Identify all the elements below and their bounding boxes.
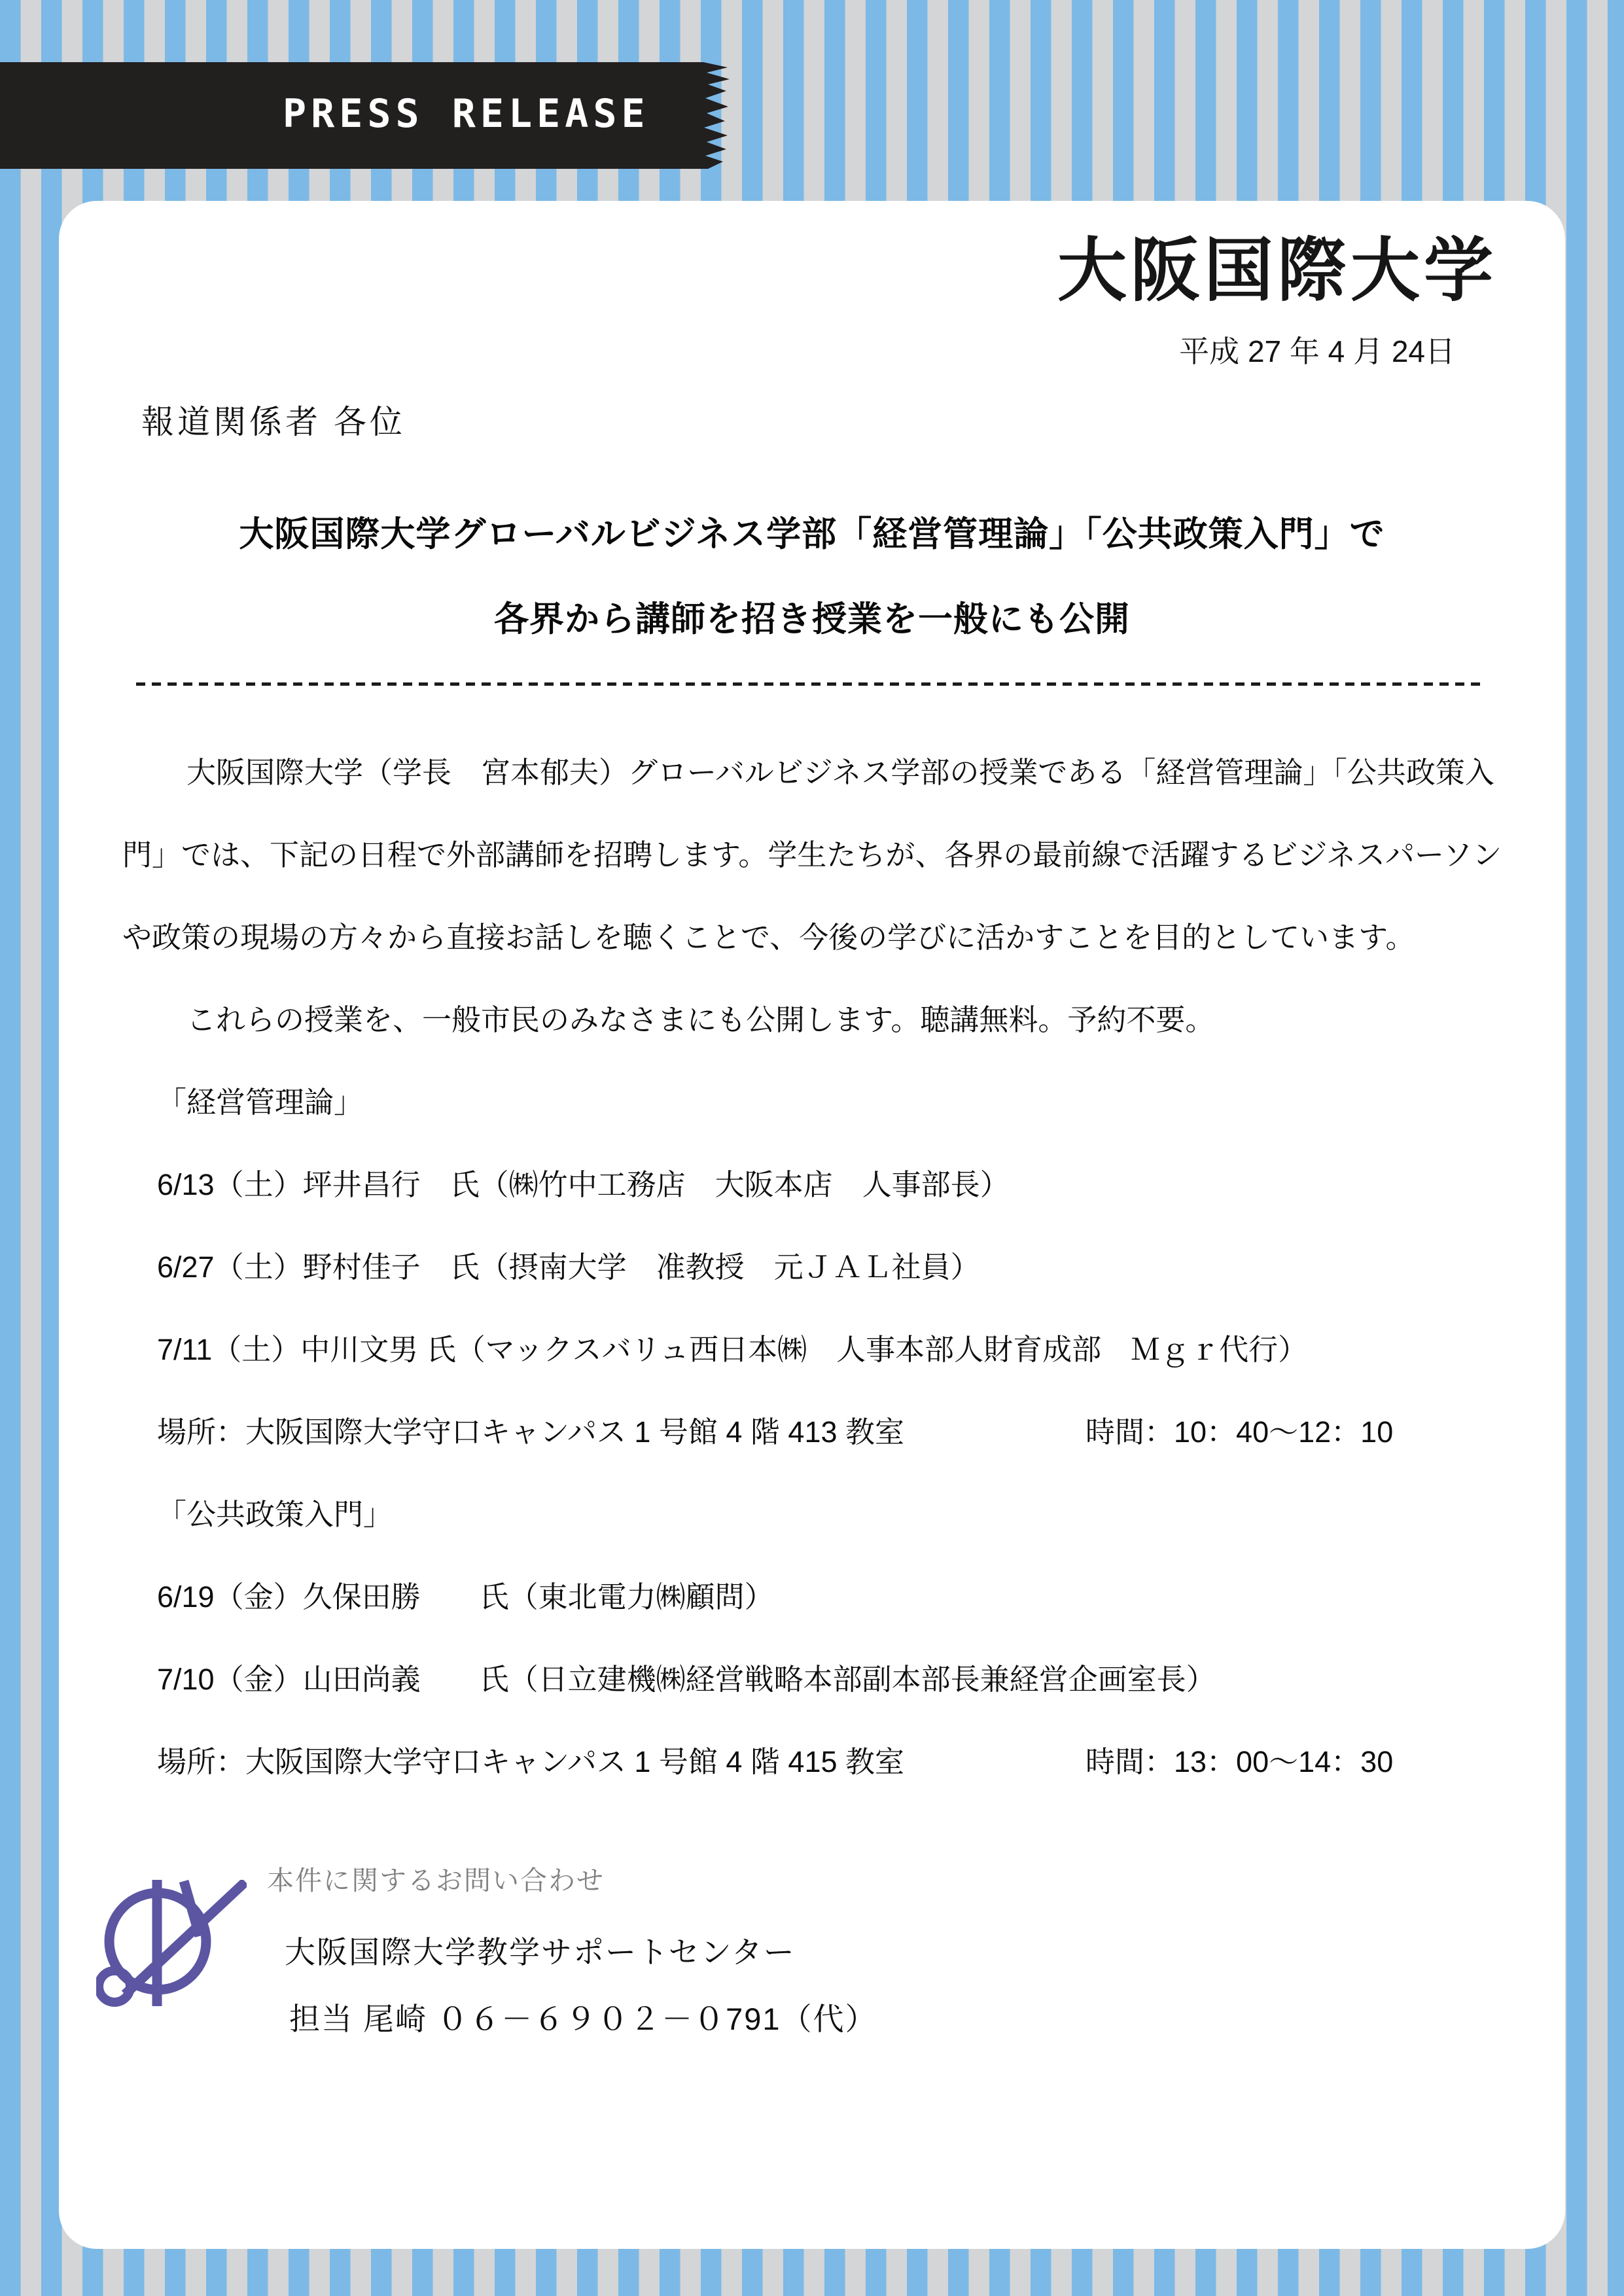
paragraph-line: や政策の現場の方々から直接お話しを聴くことで、今後の学びに活かすことを目的として… [59, 893, 1565, 976]
lecture-item: 6/13（土）坪井昌行 氏（㈱竹中工務店 大阪本店 人事部長） [59, 1140, 1565, 1223]
venue-row-keiei: 場所：大阪国際大学守口キャンパス 1 号館 4 階 413 教室 時間：10：4… [59, 1388, 1565, 1470]
document-panel: 大阪国際大学 平成 27 年 4 月 24日 報道関係者 各位 大阪国際大学グロ… [59, 201, 1565, 2249]
time-text: 時間：10：40～12：10 [1086, 1408, 1393, 1451]
body-text: 大阪国際大学（学長 宮本郁夫）グローバルビジネス学部の授業である「経営管理論」「… [59, 728, 1565, 1800]
lecture-item: 6/19（金）久保田勝 氏（東北電力㈱顧問） [59, 1553, 1565, 1635]
press-release-label: PRESS RELEASE [283, 91, 650, 137]
salutation: 報道関係者 各位 [141, 396, 406, 443]
paragraph-line: これらの授業を、一般市民のみなさまにも公開します。聴講無料。予約不要。 [59, 976, 1565, 1058]
section-heading-kokyo: 「公共政策入門」 [59, 1470, 1565, 1553]
paragraph-line: 門」では、下記の日程で外部講師を招聘します。学生たちが、各界の最前線で活躍するビ… [59, 811, 1565, 893]
contact-organization: 大阪国際大学教学サポートセンター [285, 1928, 796, 1972]
lecture-item: 7/11（土）中川文男 氏（マックスバリュ西日本㈱ 人事本部人財育成部 Ｍｇｒ代… [59, 1305, 1565, 1388]
press-release-ribbon: PRESS RELEASE [0, 62, 733, 169]
venue-row-kokyo: 場所：大阪国際大学守口キャンパス 1 号館 4 階 415 教室 時間：13：0… [59, 1718, 1565, 1800]
time-text: 時間：13：00～14：30 [1086, 1738, 1393, 1780]
university-emblem-icon [96, 1880, 247, 2011]
lecture-item: 6/27（土）野村佳子 氏（摂南大学 准教授 元ＪＡＬ社員） [59, 1223, 1565, 1305]
document-date: 平成 27 年 4 月 24日 [1179, 328, 1455, 371]
press-release-page: { "banner": { "label": "PRESS RELEASE" }… [0, 0, 1624, 2296]
lecture-item: 7/10（金）山田尚義 氏（日立建機㈱経営戦略本部副本部長兼経営企画室長） [59, 1635, 1565, 1718]
paragraph-line: 大阪国際大学（学長 宮本郁夫）グローバルビジネス学部の授業である「経営管理論」「… [59, 728, 1565, 811]
release-title: 大阪国際大学グローバルビジネス学部「経営管理論」「公共政策入門」で 各界から講師… [59, 489, 1565, 659]
venue-text: 場所：大阪国際大学守口キャンパス 1 号館 4 階 413 教室 [157, 1408, 904, 1451]
release-title-line1: 大阪国際大学グローバルビジネス学部「経営管理論」「公共政策入門」で [59, 489, 1565, 574]
release-title-line2: 各界から講師を招き授業を一般にも公開 [59, 574, 1565, 659]
contact-heading: 本件に関するお問い合わせ [267, 1859, 605, 1898]
section-heading-keiei: 「経営管理論」 [59, 1058, 1565, 1140]
university-logotype: 大阪国際大学 [1057, 215, 1497, 315]
venue-text: 場所：大阪国際大学守口キャンパス 1 号館 4 階 415 教室 [157, 1738, 904, 1780]
dashed-divider [136, 682, 1485, 686]
contact-person-phone: 担当 尾崎 ０６－６９０２－０791（代） [289, 1995, 877, 2039]
